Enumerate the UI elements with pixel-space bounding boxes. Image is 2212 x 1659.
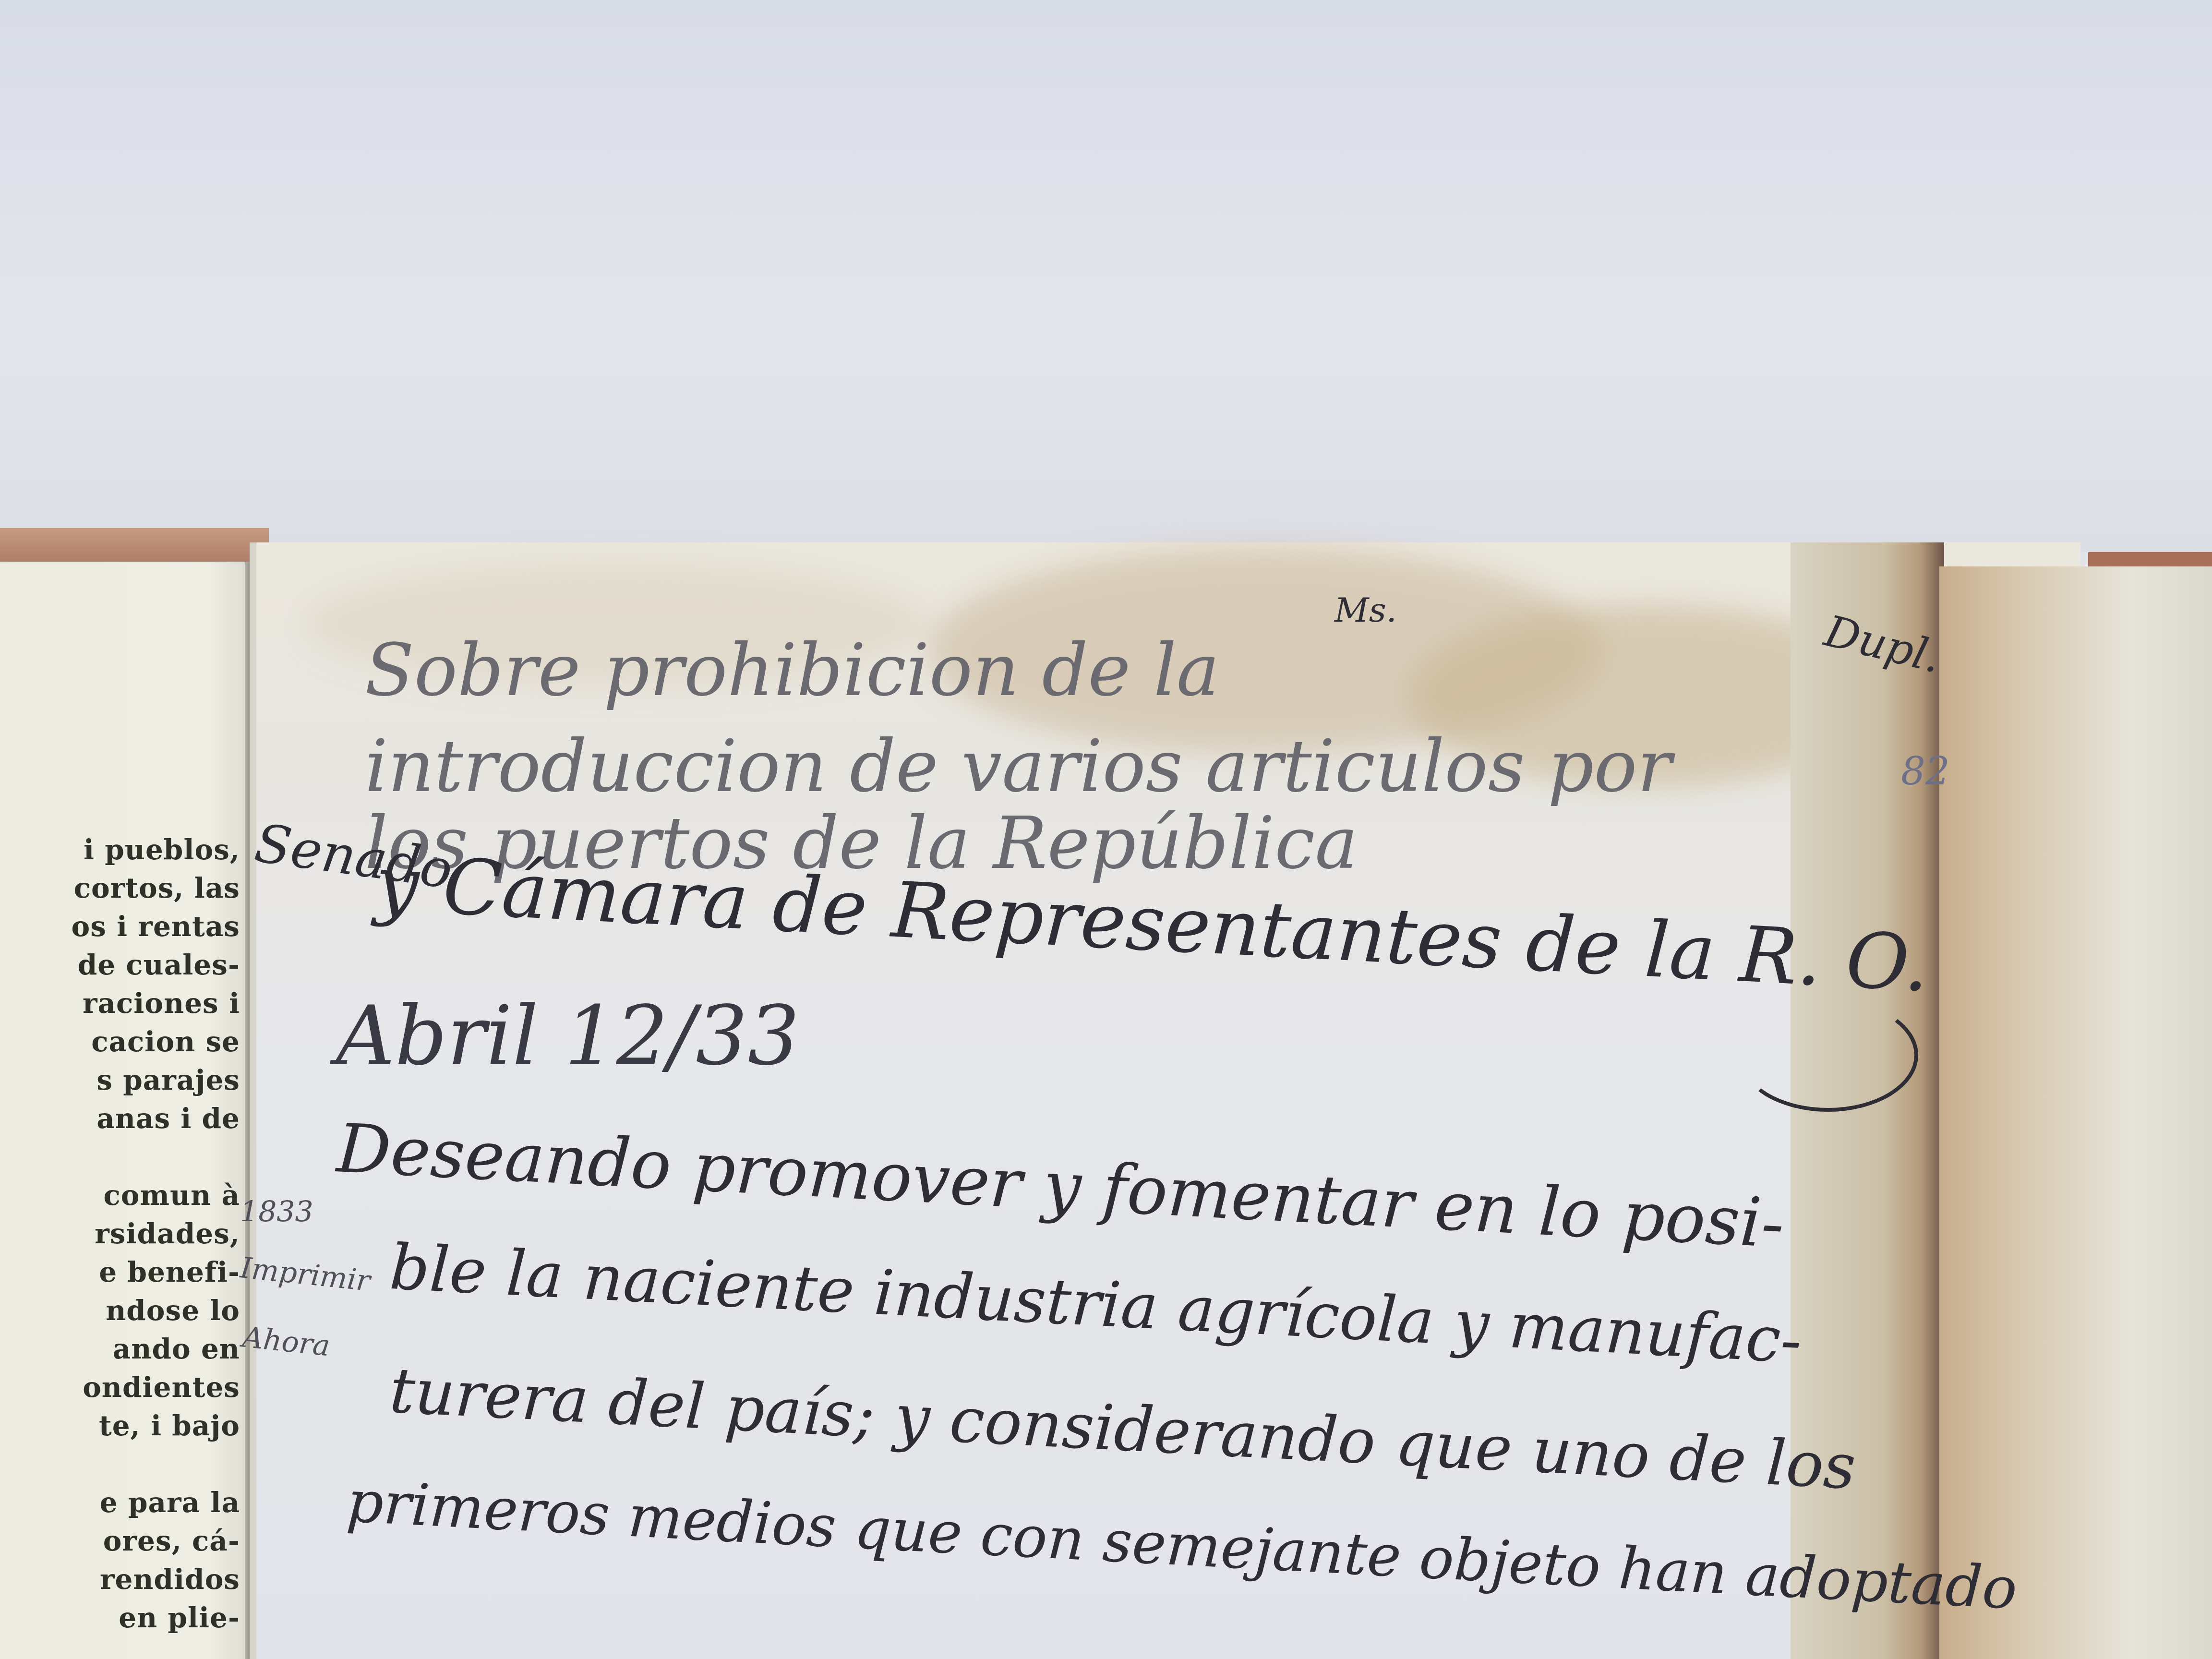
printed-line: cacion se (0, 1022, 240, 1061)
printed-line: ndose lo (0, 1291, 240, 1330)
printed-text-column: i pueblos, cortos, las os i rentas de cu… (0, 830, 240, 1637)
printed-line: os i rentas (0, 907, 240, 946)
printed-line: ores, cá- (0, 1522, 240, 1560)
page-stack-edge (1939, 566, 2212, 1659)
printed-line: anas i de (0, 1099, 240, 1138)
margin-year: 1833 (240, 1195, 313, 1229)
pencil-title-line-1: Sobre prohibicion de la (365, 629, 1219, 712)
printed-line: en plie- (0, 1599, 240, 1637)
pencil-title-line-2: introduccion de varios articulos por (365, 725, 1671, 808)
printed-line: e benefi- (0, 1253, 240, 1291)
date-line: Abril 12/33 (336, 989, 800, 1084)
printed-line: s parajes (0, 1061, 240, 1099)
printed-line: ondientes (0, 1368, 240, 1407)
printed-line: comun à (0, 1176, 240, 1214)
printed-line: ando en (0, 1330, 240, 1368)
folio-number: 82 (1901, 749, 1950, 793)
background-surface (0, 0, 2212, 552)
printed-page-left: i pueblos, cortos, las os i rentas de cu… (0, 562, 259, 1659)
flourish-ornament (1738, 998, 1918, 1112)
corner-note: Ms. (1334, 590, 1397, 630)
printed-line: e para la (0, 1483, 240, 1522)
printed-line: raciones i (0, 984, 240, 1022)
printed-line: i pueblos, (0, 830, 240, 869)
printed-line: rsidades, (0, 1214, 240, 1253)
printed-line: te, i bajo (0, 1407, 240, 1445)
printed-line: rendidos (0, 1560, 240, 1599)
printed-line: de cuales- (0, 946, 240, 984)
printed-line: cortos, las (0, 869, 240, 907)
